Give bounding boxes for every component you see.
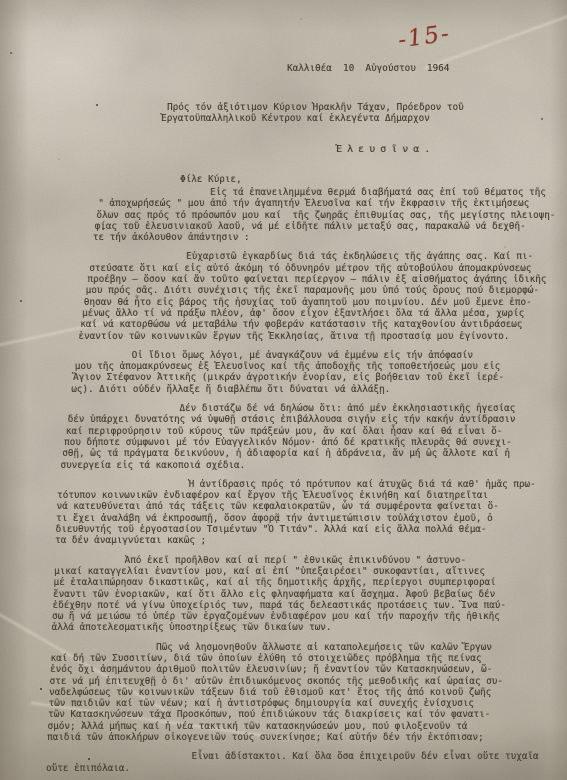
place-heading: Ἐλευσῖνα. [336,144,435,155]
body-line: τῶν παιδιῶν καί τῶν νέων; καί ἡ ἀντιστρό… [49,698,567,709]
body-line: στεύσατε ὅτι καί εἰς αὐτό ἀκόμη τό ὀδυνη… [89,263,567,274]
body-line: Ἀπό ἐκεῖ προῆλθον καί αἱ περί " ἐθνικῶς … [125,555,567,566]
body-line: ἀλλά ἀποτελεσματικῆς ὑποστηρίξεως τῶν δι… [52,622,567,633]
body-line: ὅλων σας πρός τό πρόσωπόν μου καί τῆς ζω… [96,210,567,221]
body-line: σω ἤ νά μειώσω τό ὑπέρ τῶν ἐργαζομένων ἐ… [52,611,567,622]
body-line: τε τήν ἀκόλουθον ἀπάντησιν : [93,232,567,243]
body-line: Οἱ ἴδιοι ὅμως λόγοι, μέ ἀναγκάζουν νά ἐμ… [132,350,567,361]
scanned-letter-page: { "page": { "page_number": "-15-", "date… [0,0,567,780]
body-line: θησαν θά ἦτο εἰς βάρος τῆς ἡσυχίας τοῦ ἀ… [84,297,567,308]
body-line: που δήποτε σύμφωνοι μέ τόν Εὐαγγελικόν Ν… [64,437,567,448]
handwritten-page-number: -15- [396,20,452,53]
body-line: μικαί καταγγελίαι ἐναντίον μου, καί αἱ ἐ… [54,566,567,577]
body-line: τότυπον κοινωνικῶν ἐνδιαφέρον καί ἔργον … [57,490,567,501]
body-line: σθῇ, ὡς τά πράγματα δεικνύουν, ἡ ἀδιαφορ… [62,448,567,459]
body-line: Εἶναι ἀδίστακτοι. Καί ὅλα ὅσα ἐπιχειροῦν… [192,751,567,762]
body-line: οὔτε ἐπιπόλαια. [46,763,567,774]
body-line: ἐδέχθην ποτέ νά γίνω ὑποχείριός των, παρ… [53,600,567,611]
body-line: τι ἔχει ἀναλάβη νά ἐκπροσωπῇ, ὅσον ἀφορᾷ… [56,513,567,524]
body-line: τῶν Κατασκηνώσεων τάχα Προσκόπων, πού ἐπ… [48,709,567,720]
body-line: ἐναντίον τῶν κοινωνικῶν ἔργων τῆς Ἐκκλησ… [78,331,567,342]
body-line: Πῶς νά λησμονηθοῦν ἄλλωστε αἱ καταπολεμή… [156,642,567,653]
body-line: συνεργεία εἰς τά κακοποιά σχέδια. [60,460,567,471]
body-line: νά κατευθύνεται ἀπό τάς τάξεις τῶν κεφαλ… [57,501,567,512]
body-line: καί περιφρούρησιν τοῦ κύρους τῶν πράξεών… [66,426,567,437]
dateline: Καλλιθέα 10 Αὐγούστου 1964 [287,63,449,74]
body-line: ἑνός ὄχι ἀσημάντου ἀριθμοῦ πολιτῶν ἐλευσ… [50,664,567,675]
body-line: ως). Διότι οὐδέν ἤλλαξε ἤ διαβλέπω ὅτι δ… [71,384,567,395]
body-line: σμόν; Ἀλλά μήπως καί ἡ νέα τακτική τῶν κ… [48,721,567,732]
body-line: στε νά μή ἐπιτευχθῇ ὁ δι' αὐτῶν ἐπιδιωκό… [50,676,567,687]
recipient-line-1: Πρός τόν ἀξιότιμον Κύριον Ἡρακλῆν Τάχαν,… [167,102,464,113]
body-line: δέν ὑπάρχει δυνατότης νά ὑψωθῇ στάσις ἐπ… [68,414,567,425]
body-line: Ἡ ἀντίδρασις πρός τό πρότυπον καί ἀτυχῶς… [189,479,567,490]
body-line: παιδιά τῶν ἀποκλήρων οἰκογενειῶν τούς συ… [47,732,567,743]
body-line: προέβην – ὅσον καί ἄν τοῦτο φαίνεται περ… [87,274,567,285]
body-line: Ἅγιον Στέφανον Ἀττικῆς (μικράν ἀγροτικήν… [73,372,567,383]
body-line: Δέν διστάζω δέ νά δηλώσω ὅτι: ἀπό μέν ἐκ… [179,403,567,414]
body-line: " ἀποχωρήσεώς " μου ἀπό τήν ἀγαπητήν Ἐλε… [98,198,567,209]
body-line: μέ ἐταλαιπώρησαν δικαστικῶς, καί αἱ τῆς … [54,577,567,588]
letter-body: Εἰς τά ἐπανειλημμένα θερμά διαβήματά σας… [0,187,567,774]
salutation: Φίλε Κύριε, [180,174,242,185]
body-line: Εἰς τά ἐπανειλημμένα θερμά διαβήματά σας… [210,187,567,198]
body-line: μου πρός σᾶς. Διότι συνέχισις τῆς ἐκεῖ π… [86,285,567,296]
body-line: φίας τοῦ ἐλευσινιακοῦ λαοῦ, νά μέ εἰδῆτε… [95,221,567,232]
recipient-line-2: Ἐργατοϋπαλληλικοῦ Κέντρου καί ἐκλεγέντα … [161,113,430,124]
body-line: καί νά κατορθώσω νά μεταβάλω τήν φοβεράν… [80,319,567,330]
rust-specks [0,0,2,2]
body-line: τα δέν ἀναμιγνύεται κακῶς ; [55,535,567,546]
body-line: διευθυντής τοῦ ἐργοστασίου Τσιμέντων "Ὁ … [56,524,567,535]
body-line: ἔναντι τῶν ἐνοριακῶν, καί ὅτι ἄλλο εἰς φ… [53,589,567,600]
body-line: μου τῆς ἀπομακρύνσεως ἐξ Ἐλευσῖνος καί τ… [75,361,567,372]
body-line: Εὐχαριστῶ ἐγκαρδίως διά τάς ἐκδηλώσεις τ… [186,251,567,262]
body-line: ναδελφώσεως τῶν κοινωνικῶν τάξεων διά το… [49,687,567,698]
body-line: μένως ἄλλο τί νά πράξω πλέον, ἀφ' ὅσον ε… [82,308,567,319]
body-line: καί δή τῶν Συσσιτίων, διά τῶν ὁποίων ἐλύ… [51,653,567,664]
